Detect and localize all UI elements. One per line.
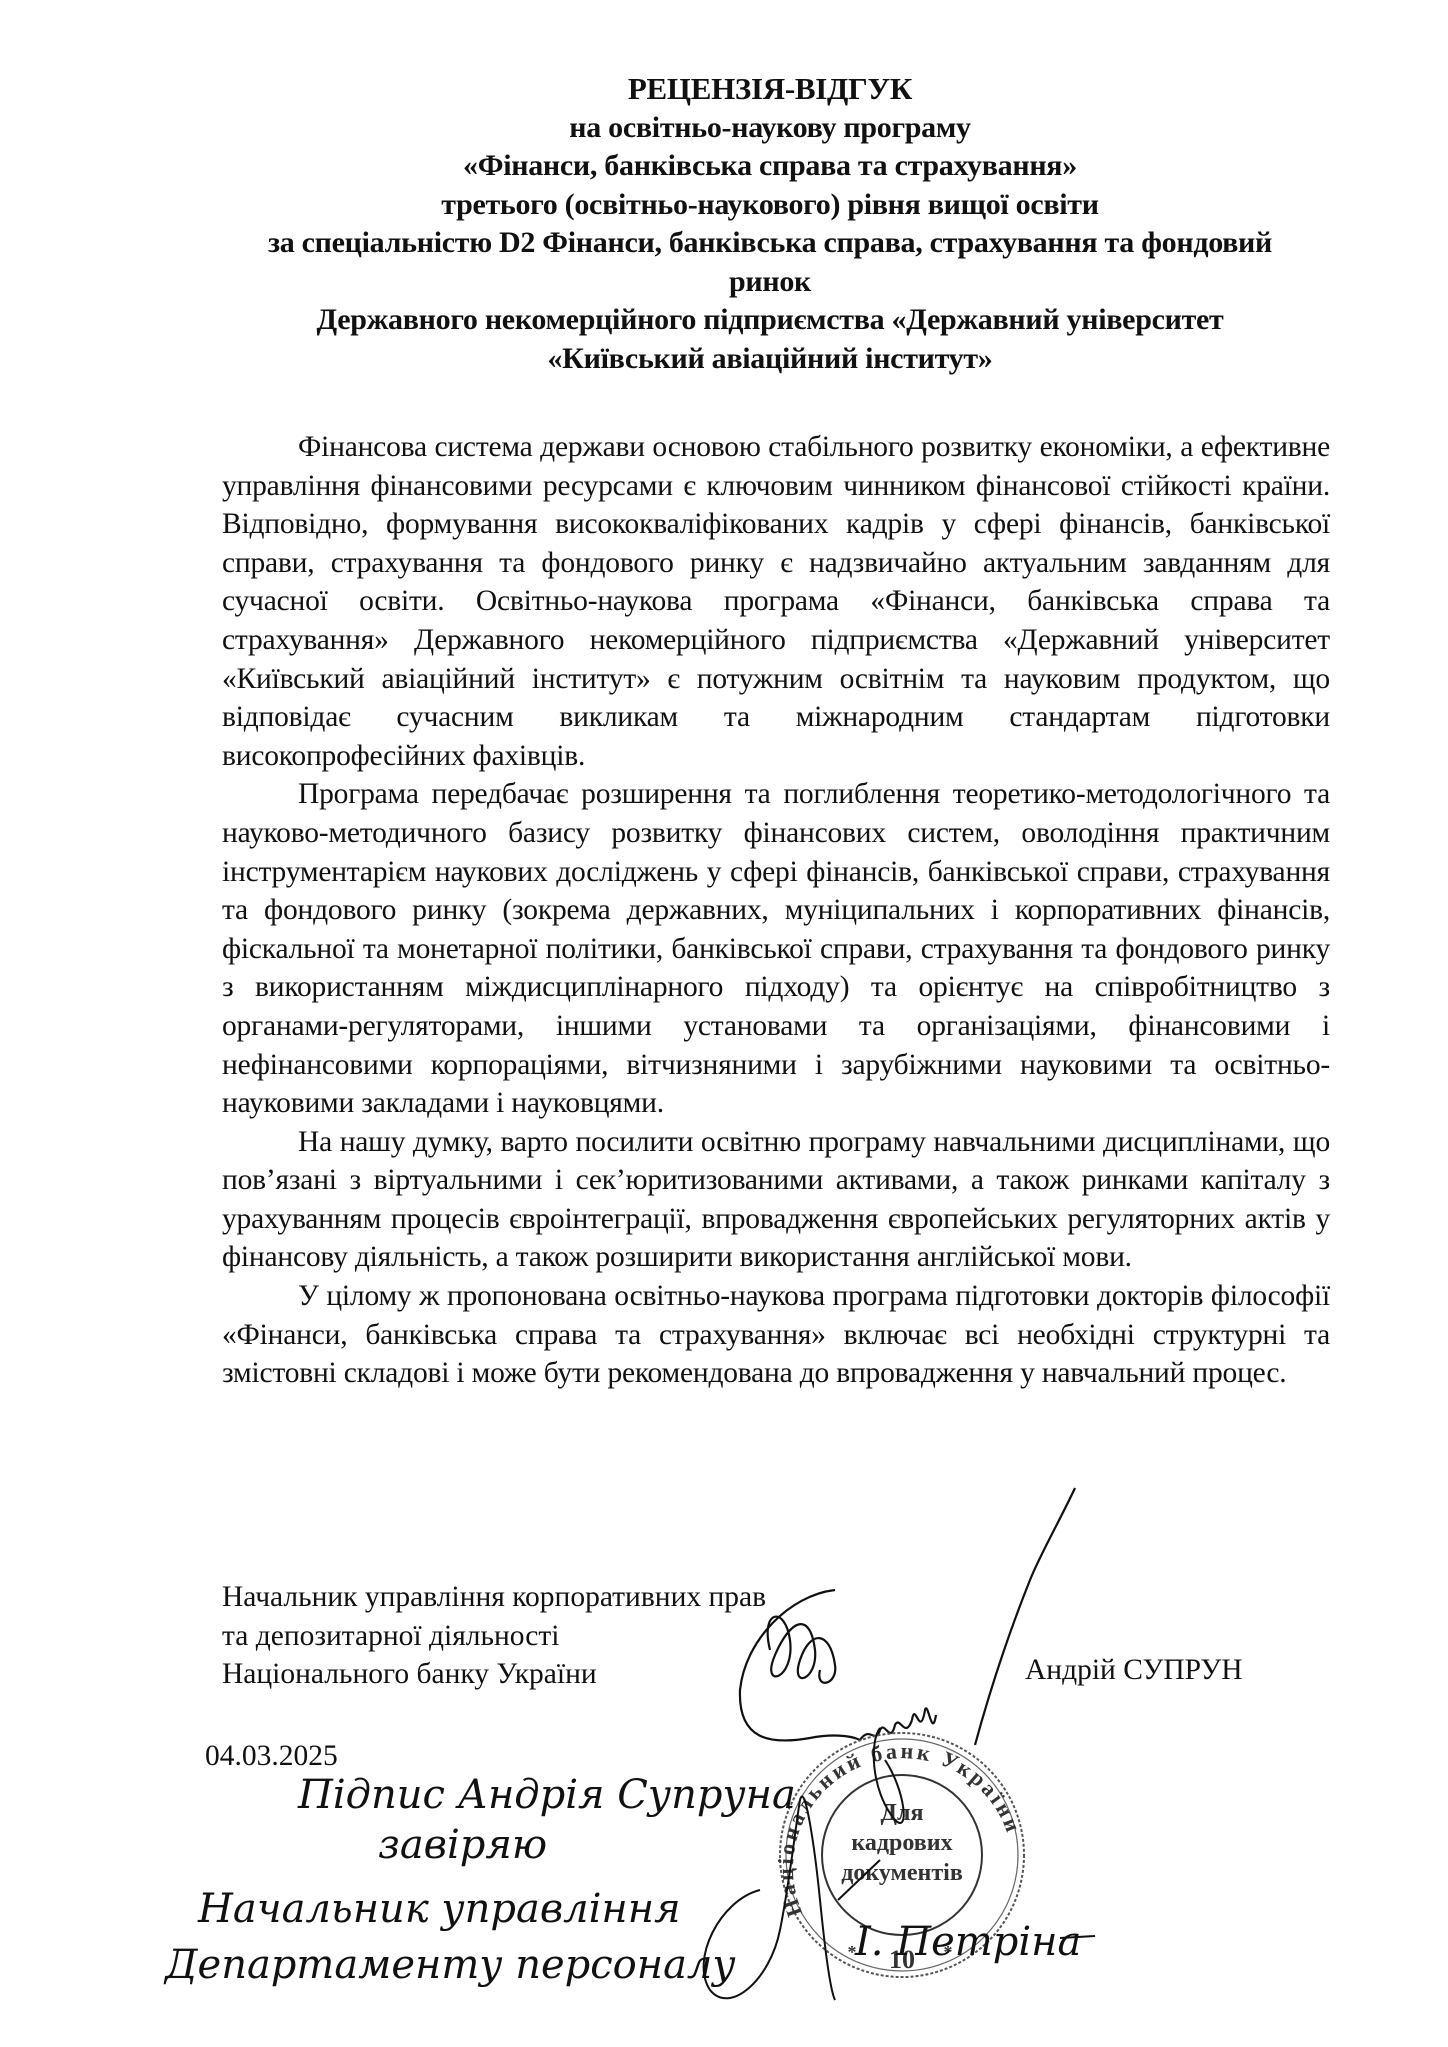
header-line: «Фінанси, банківська справа та страхуван… <box>200 147 1340 186</box>
document-body: Фінансова система держави основою стабіл… <box>222 428 1330 1393</box>
signatory-name: Андрій СУПРУН <box>1025 1654 1243 1687</box>
stamp-outer-text: Національний банк України <box>773 1738 1027 1920</box>
stamp-star: * <box>944 1942 953 1962</box>
stamp-inner-line: кадрових <box>851 1830 952 1856</box>
handwritten-certification: Підпис Андрія Супруна завіряю Начальник … <box>163 1772 1081 1988</box>
official-stamp-icon: Національний банк України Для кадрових д… <box>773 1733 1027 1977</box>
main-signature-icon <box>740 1590 936 1741</box>
document-title: РЕЦЕНЗІЯ-ВІДГУК <box>200 70 1340 109</box>
document-header: РЕЦЕНЗІЯ-ВІДГУК на освітньо-наукову прог… <box>200 70 1340 378</box>
handwritten-line: Підпис Андрія Супруна <box>297 1772 796 1818</box>
signatory-position: Начальник управління корпоративних прав … <box>222 1578 766 1694</box>
body-paragraph: Фінансова система держави основою стабіл… <box>222 428 1330 775</box>
header-line: на освітньо-наукову програму <box>200 109 1340 148</box>
position-line: Національного банку України <box>222 1655 766 1694</box>
signature-stroke <box>975 1488 1075 1745</box>
stamp-inner-line: Для <box>881 1800 924 1826</box>
body-paragraph: На нашу думку, варто посилити освітню пр… <box>222 1123 1330 1277</box>
body-paragraph: У цілому ж пропонована освітньо-наукова … <box>222 1277 1330 1393</box>
handwritten-line: завіряю <box>378 1822 547 1868</box>
stamp-number: 10 <box>889 1945 915 1974</box>
document-page: РЕЦЕНЗІЯ-ВІДГУК на освітньо-наукову прог… <box>0 0 1448 2047</box>
stamp-inner-line: документів <box>841 1860 963 1886</box>
position-line: Начальник управління корпоративних прав <box>222 1578 766 1617</box>
document-date: 04.03.2025 <box>205 1740 338 1773</box>
svg-text:Національний банк України: Національний банк України <box>773 1738 1027 1920</box>
header-line: Державного некомерційного підприємства «… <box>200 301 1340 340</box>
body-paragraph: Програма передбачає розширення та поглиб… <box>222 775 1330 1122</box>
header-line: третього (освітньо-наукового) рівня вищо… <box>200 186 1340 225</box>
handwritten-signer: І. Петріна <box>854 1919 1081 1965</box>
position-line: та депозитарної діяльності <box>222 1617 766 1656</box>
header-line: «Київський авіаційний інститут» <box>200 340 1340 379</box>
certifying-signature-icon <box>704 1728 1095 2000</box>
handwritten-line: Департаменту персоналу <box>163 1942 736 1988</box>
stamp-star: * <box>848 1942 857 1962</box>
header-line: за спеціальністю D2 Фінанси, банківська … <box>200 224 1340 263</box>
header-line: ринок <box>200 263 1340 302</box>
handwritten-line: Начальник управління <box>197 1886 681 1932</box>
